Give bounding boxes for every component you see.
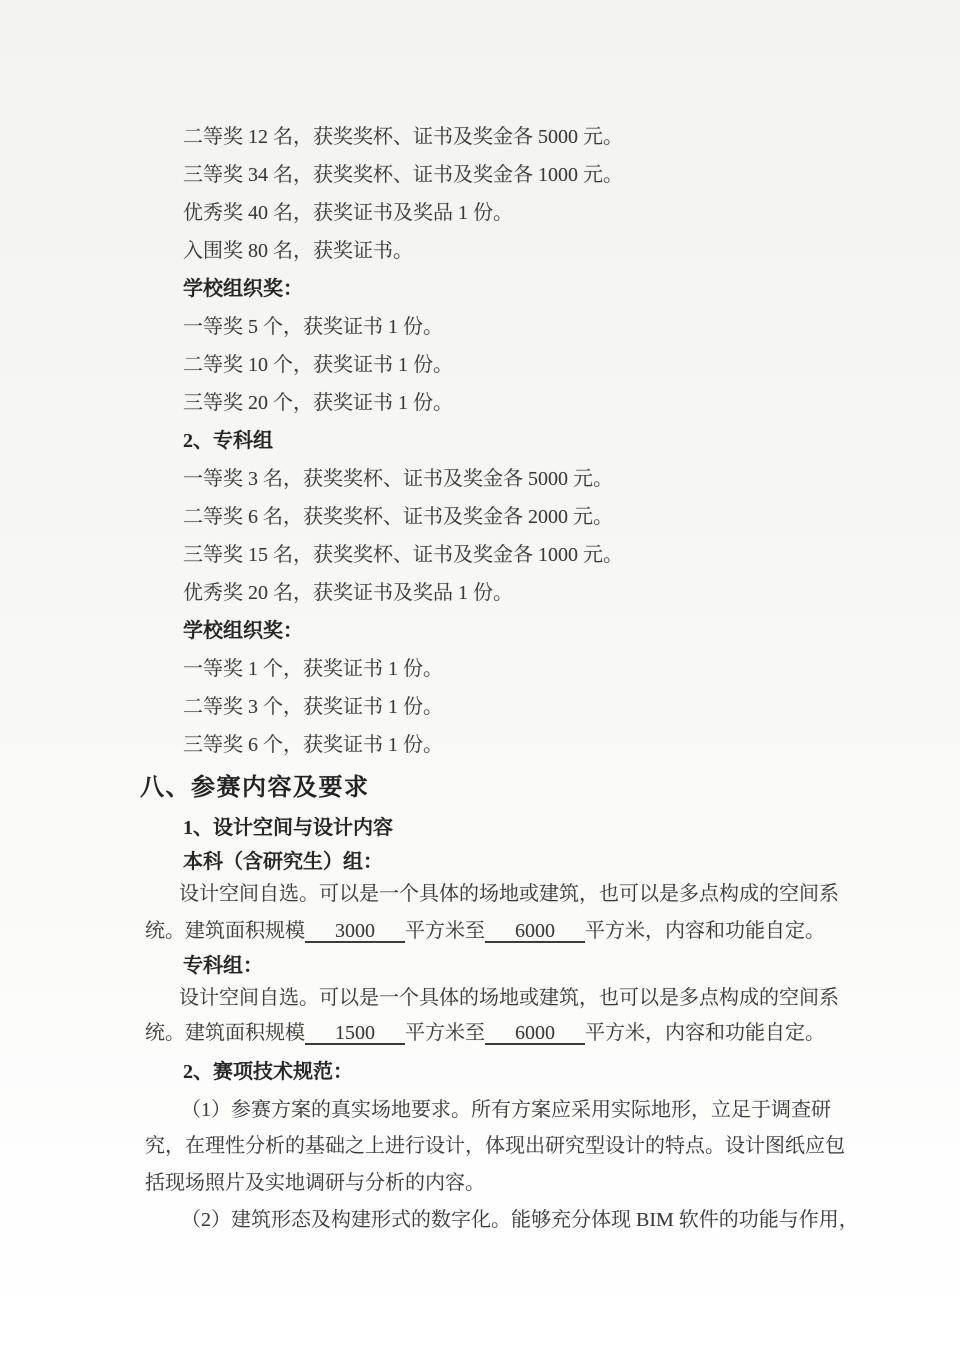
document-content: 二等奖 12 名，获奖奖杯、证书及奖金各 5000 元。 三等奖 34 名，获奖… [145,118,855,1239]
paragraph-line: （1）参赛方案的真实场地要求。所有方案应采用实际地形，立足于调查研 [145,1092,855,1128]
award-line: 一等奖 3 名，获奖奖杯、证书及奖金各 5000 元。 [145,460,855,498]
paragraph-line: 究，在理性分析的基础之上进行设计，体现出研究型设计的特点。设计图纸应包 [145,1128,855,1165]
paragraph-line: 设计空间自选。可以是一个具体的场地或建筑，也可以是多点构成的空间系 [145,982,855,1014]
area-suffix: 平方米，内容和功能自定。 [585,920,825,942]
max-area-value: 6000 [515,920,555,942]
area-spec-line-undergrad: 统。建筑面积规模3000平方米至6000平方米，内容和功能自定。 [145,911,855,951]
max-area-value: 6000 [515,1022,555,1044]
group-heading-college: 2、专科组 [145,422,855,460]
school-award-heading-undergrad: 学校组织奖： [145,270,855,308]
award-line: 三等奖 6 个，获奖证书 1 份。 [145,726,855,764]
award-line: 一等奖 1 个，获奖证书 1 份。 [145,650,855,688]
min-area-blank-undergrad: 3000 [305,919,405,943]
area-prefix: 统。建筑面积规模 [145,1022,305,1044]
award-line: 入围奖 80 名，获奖证书。 [145,232,855,270]
award-line: 三等奖 34 名，获奖奖杯、证书及奖金各 1000 元。 [145,156,855,194]
area-spec-line-college: 统。建筑面积规模1500平方米至6000平方米，内容和功能自定。 [145,1014,855,1052]
award-line: 一等奖 5 个，获奖证书 1 份。 [145,308,855,346]
paragraph-line: 括现场照片及实地调研与分析的内容。 [145,1165,855,1202]
award-line: 优秀奖 20 名，获奖证书及奖品 1 份。 [145,574,855,612]
subsection-heading-tech: 2、赛项技术规范： [145,1052,855,1092]
award-line: 优秀奖 40 名，获奖证书及奖品 1 份。 [145,194,855,232]
area-suffix: 平方米，内容和功能自定。 [585,1022,825,1044]
award-line: 二等奖 10 个，获奖证书 1 份。 [145,346,855,384]
award-line: 二等奖 6 名，获奖奖杯、证书及奖金各 2000 元。 [145,498,855,536]
min-area-value: 3000 [335,920,375,942]
group-label-undergrad: 本科（含研究生）组： [145,846,855,878]
max-area-blank-college: 6000 [485,1021,585,1045]
document-page: 二等奖 12 名，获奖奖杯、证书及奖金各 5000 元。 三等奖 34 名，获奖… [0,0,960,1357]
award-line: 二等奖 12 名，获奖奖杯、证书及奖金各 5000 元。 [145,118,855,156]
area-mid-text: 平方米至 [405,1022,485,1044]
section-heading: 八、参赛内容及要求 [140,766,855,810]
min-area-blank-college: 1500 [305,1021,405,1045]
area-mid-text: 平方米至 [405,920,485,942]
award-line: 三等奖 20 个，获奖证书 1 份。 [145,384,855,422]
award-line: 二等奖 3 个，获奖证书 1 份。 [145,688,855,726]
min-area-value: 1500 [335,1022,375,1044]
area-prefix: 统。建筑面积规模 [145,920,305,942]
subsection-heading-design: 1、设计空间与设计内容 [145,810,855,846]
group-label-college: 专科组： [145,951,855,982]
award-line: 三等奖 15 名，获奖奖杯、证书及奖金各 1000 元。 [145,536,855,574]
max-area-blank-undergrad: 6000 [485,919,585,943]
paragraph-line: 设计空间自选。可以是一个具体的场地或建筑，也可以是多点构成的空间系 [145,878,855,911]
school-award-heading-college: 学校组织奖： [145,612,855,650]
paragraph-line: （2）建筑形态及构建形式的数字化。能够充分体现 BIM 软件的功能与作用， [145,1202,855,1239]
